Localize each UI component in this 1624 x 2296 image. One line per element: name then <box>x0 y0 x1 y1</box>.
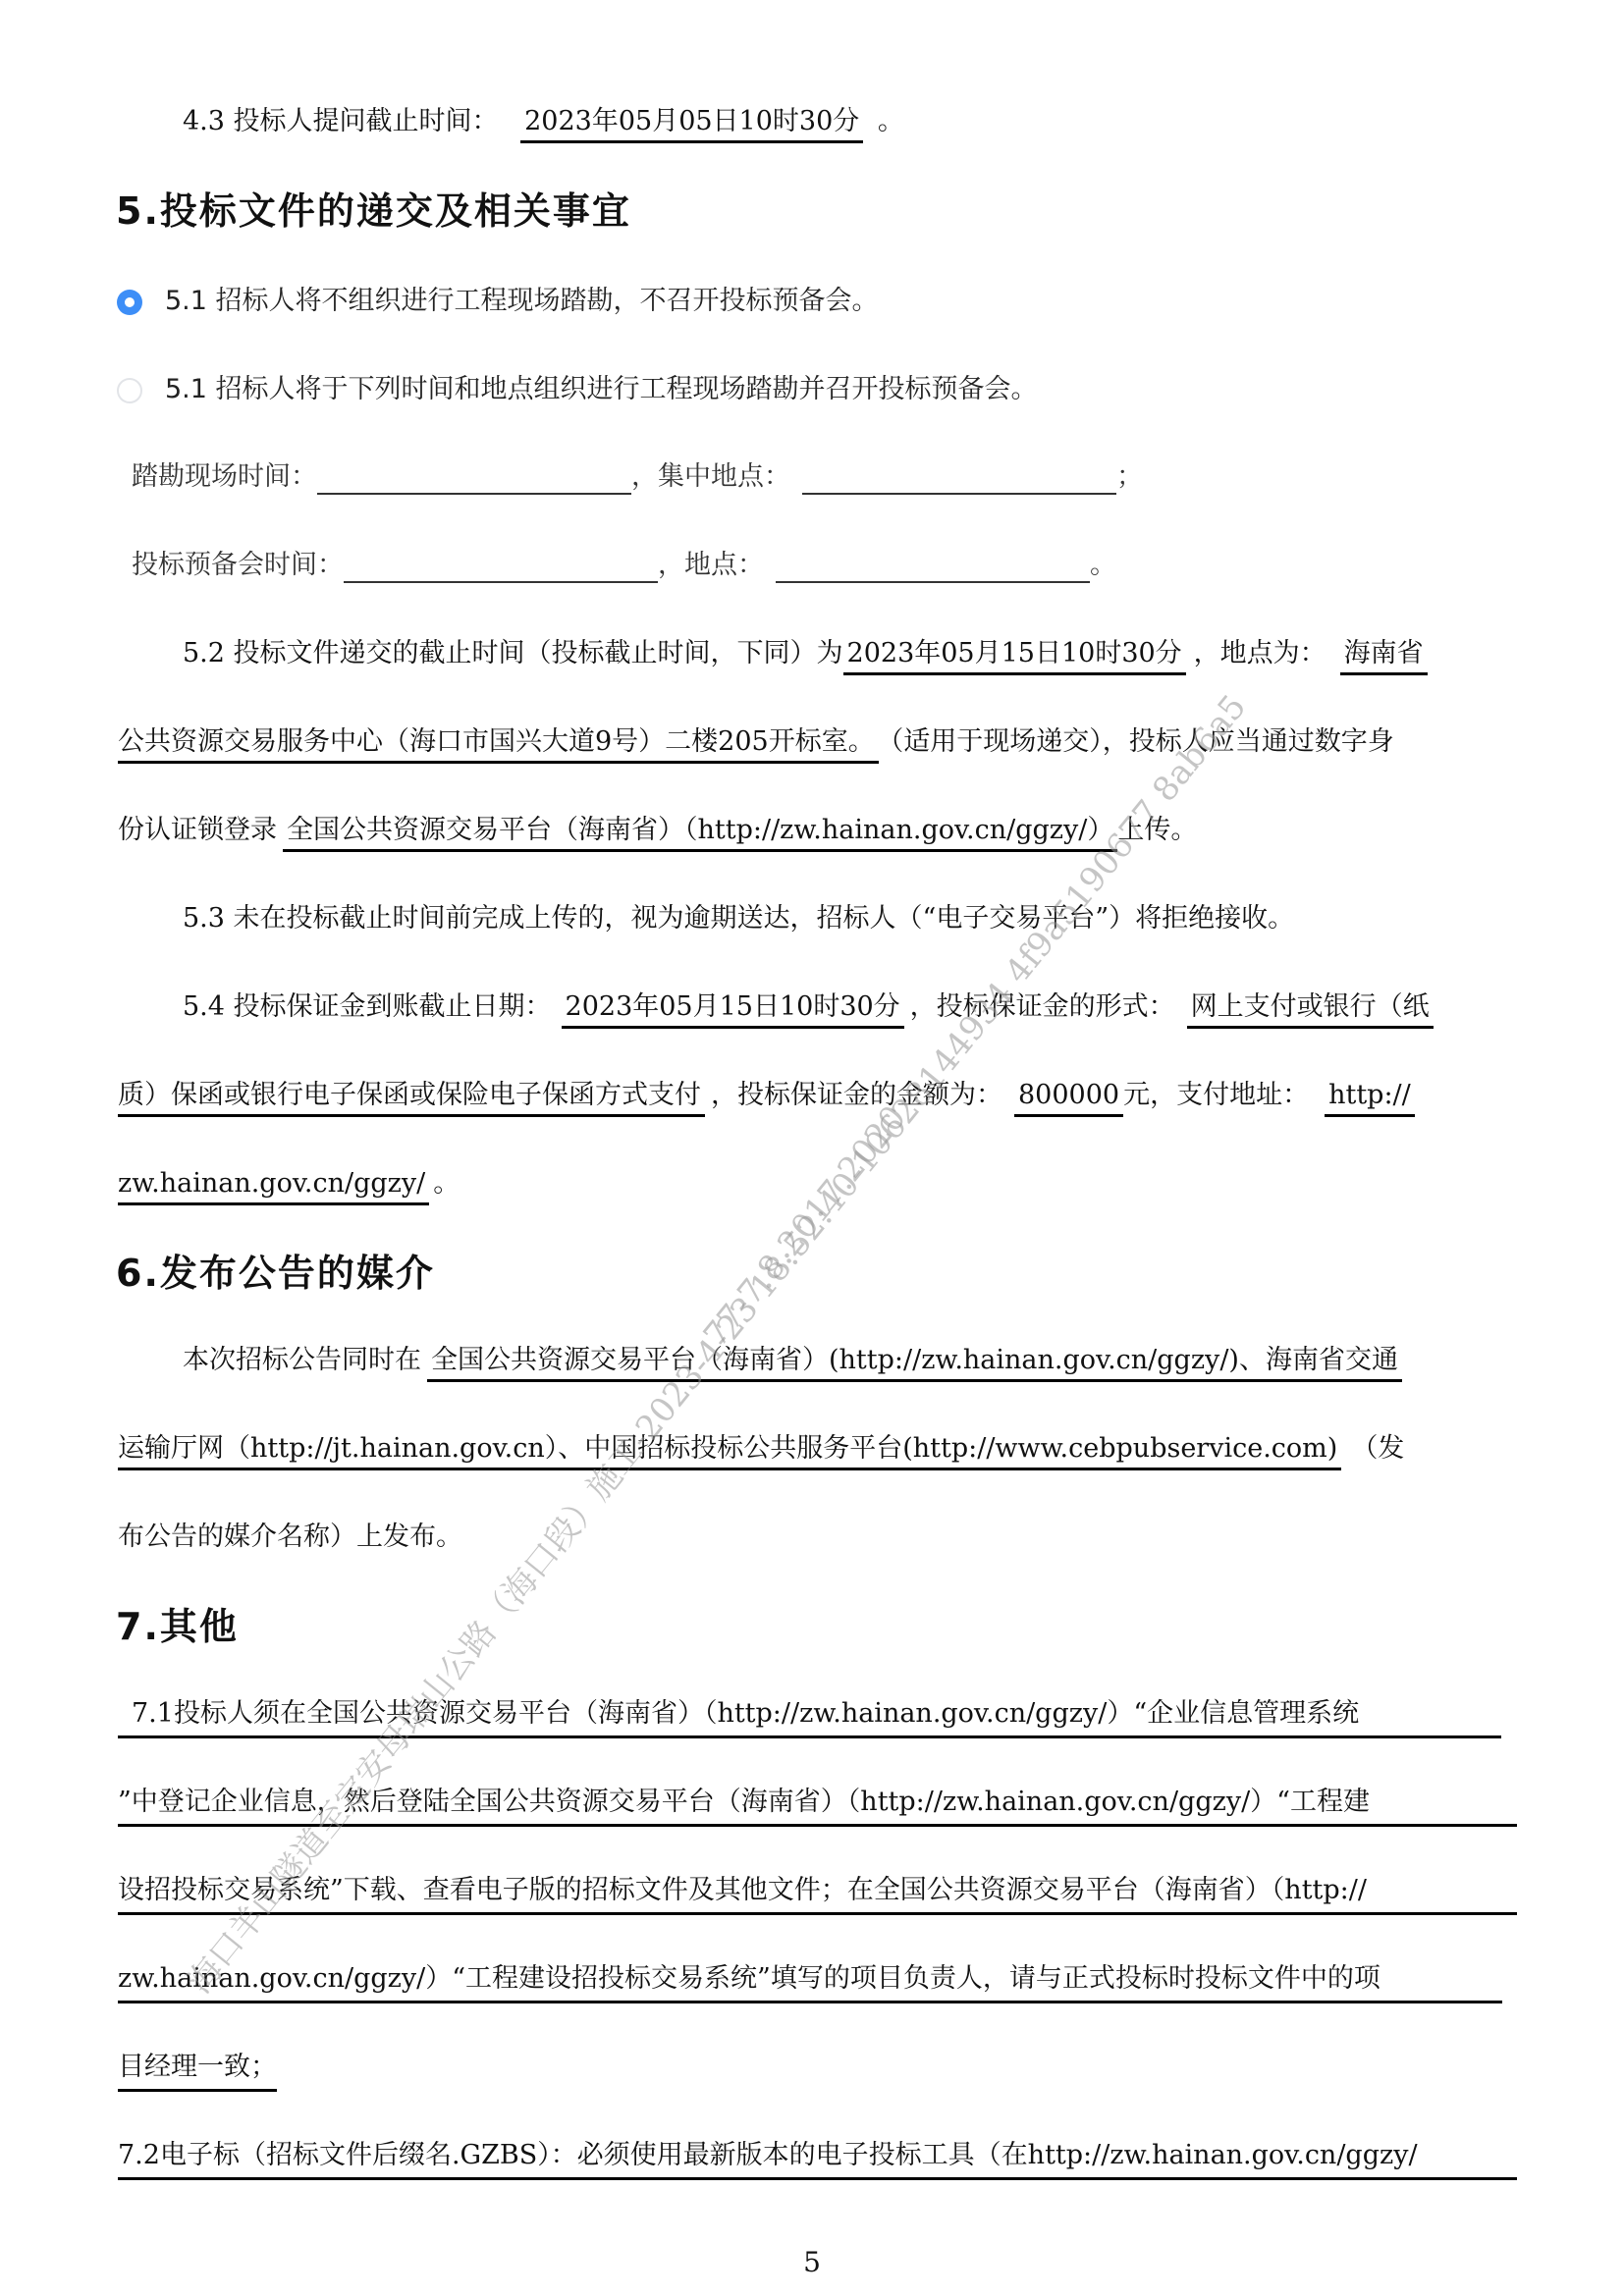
punctuation: 。 <box>1090 550 1116 580</box>
meeting-place-field[interactable] <box>776 554 1090 583</box>
section-6-heading: 6.发布公告的媒介 <box>116 1251 435 1296</box>
radio-site-visit[interactable] <box>117 378 142 403</box>
deposit-form-part2: 质）保函或银行电子保函或保险电子保函方式支付 <box>118 1080 705 1117</box>
p5-4-line3: zw.hainan.gov.cn/ggzy/。 <box>118 1166 460 1201</box>
p5-2-line3-prefix: 份认证锁登录 <box>118 815 277 845</box>
survey-line: 踏勘现场时间：，集中地点：； <box>132 459 1143 495</box>
line-4-3: 4.3 投标人提问截止时间： 2023年05月05日10时30分 。 <box>183 104 904 139</box>
punctuation: ； <box>1116 461 1143 492</box>
p7-1-text: zw.hainan.gov.cn/ggzy/）“工程建设招投标交易系统”填写的项… <box>118 1961 1502 2003</box>
p5-4-line2: 质）保函或银行电子保函或保险电子保函方式支付，投标保证金的金额为：800000元… <box>118 1078 1415 1113</box>
p5-2-line3: 份认证锁登录全国公共资源交易平台（海南省）（http://zw.hainan.g… <box>118 813 1197 848</box>
p5-2-line2: 公共资源交易服务中心（海口市国兴大道9号）二楼205开标室。（适用于现场递交），… <box>118 724 1394 760</box>
p5-2-prefix: 5.2 投标文件递交的截止时间（投标截止时间，下同）为 <box>183 638 843 668</box>
meeting-line: 投标预备会时间：，地点：。 <box>132 548 1116 583</box>
p7-1-line1: 7.1投标人须在全国公共资源交易平台（海南省）（http://zw.hainan… <box>118 1696 1501 1738</box>
deposit-deadline: 2023年05月15日10时30分 <box>562 991 904 1029</box>
radio-no-site-visit[interactable] <box>117 290 142 315</box>
radio-no-site-visit-label[interactable]: 5.1 招标人将不组织进行工程现场踏勘，不召开投标预备会。 <box>165 284 879 319</box>
p5-2-line1: 5.2 投标文件递交的截止时间（投标截止时间，下同）为2023年05月15日10… <box>183 636 1428 671</box>
watermark-line2: 77-7.8.2017.2020 <box>696 1098 914 1355</box>
p5-2-mid: ，地点为： <box>1194 638 1326 668</box>
payment-address-part2[interactable]: zw.hainan.gov.cn/ggzy/ <box>118 1168 429 1205</box>
meeting-place-label: ，地点： <box>658 550 764 580</box>
payment-address-part1[interactable]: http:// <box>1325 1080 1415 1117</box>
p6-line2-suffix: （发 <box>1351 1433 1404 1464</box>
p7-2-line1: 7.2电子标（招标文件后缀名.GZBS）：必须使用最新版本的电子投标工具（在ht… <box>118 2138 1517 2180</box>
media-list-line1: 全国公共资源交易平台（海南省）(http://zw.hainan.gov.cn/… <box>427 1345 1402 1382</box>
section-7-heading: 7.其他 <box>116 1604 239 1649</box>
p5-4-line1: 5.4 投标保证金到账截止日期：2023年05月15日10时30分，投标保证金的… <box>183 989 1434 1025</box>
amount-unit: 元，支付地址： <box>1123 1080 1309 1110</box>
deposit-form-part1: 网上支付或银行（纸 <box>1187 991 1434 1029</box>
deposit-amount: 800000 <box>1014 1080 1123 1117</box>
survey-place-label: ，集中地点： <box>631 461 790 492</box>
p7-1-line4: zw.hainan.gov.cn/ggzy/）“工程建设招投标交易系统”填写的项… <box>118 1961 1502 2003</box>
label-question-deadline: 4.3 投标人提问截止时间： <box>183 106 499 136</box>
p7-1-text: 目经理一致； <box>118 2050 277 2092</box>
survey-time-label: 踏勘现场时间： <box>132 461 317 492</box>
meeting-time-label: 投标预备会时间： <box>132 550 344 580</box>
p6-line1: 本次招标公告同时在全国公共资源交易平台（海南省）(http://zw.haina… <box>183 1343 1402 1378</box>
radio-site-visit-label[interactable]: 5.1 招标人将于下列时间和地点组织进行工程现场踏勘并召开投标预备会。 <box>165 372 1038 407</box>
p6-line2: 运输厅网（http://jt.hainan.gov.cn）、中国招标投标公共服务… <box>118 1431 1404 1467</box>
p7-1-text: 设招投标交易系统”下载、查看电子版的招标文件及其他文件；在全国公共资源交易平台（… <box>118 1873 1517 1915</box>
p6-prefix: 本次招标公告同时在 <box>183 1345 421 1375</box>
p7-1-line3: 设招投标交易系统”下载、查看电子版的招标文件及其他文件；在全国公共资源交易平台（… <box>118 1873 1517 1915</box>
section-5-heading: 5.投标文件的递交及相关事宜 <box>116 188 631 234</box>
page-number: 5 <box>0 2246 1624 2278</box>
submission-place-part2: 公共资源交易服务中心（海口市国兴大道9号）二楼205开标室。 <box>118 726 879 764</box>
question-deadline-value: 2023年05月05日10时30分 <box>520 106 863 143</box>
p5-2-after-place: （适用于现场递交），投标人应当通过数字身 <box>891 726 1394 757</box>
p7-1-line5: 目经理一致； <box>118 2050 277 2092</box>
p5-2-suffix: 上传。 <box>1117 815 1197 845</box>
p6-line3: 布公告的媒介名称）上发布。 <box>118 1520 462 1555</box>
p7-2-text: 7.2电子标（招标文件后缀名.GZBS）：必须使用最新版本的电子投标工具（在ht… <box>118 2138 1517 2180</box>
survey-time-field[interactable] <box>317 465 631 495</box>
platform-link[interactable]: 全国公共资源交易平台（海南省）（http://zw.hainan.gov.cn/… <box>283 815 1117 852</box>
p7-1-text: 7.1投标人须在全国公共资源交易平台（海南省）（http://zw.hainan… <box>118 1696 1501 1738</box>
p5-4-mid: ，投标保证金的形式： <box>910 991 1175 1022</box>
line-end: 。 <box>433 1168 460 1199</box>
media-list-line2: 运输厅网（http://jt.hainan.gov.cn）、中国招标投标公共服务… <box>118 1433 1341 1470</box>
p7-1-text: ”中登记企业信息，然后登陆全国公共资源交易平台（海南省）（http://zw.h… <box>118 1785 1517 1827</box>
amount-label: ，投标保证金的金额为： <box>711 1080 1002 1110</box>
submission-place-part1: 海南省 <box>1340 638 1428 675</box>
p5-4-prefix: 5.4 投标保证金到账截止日期： <box>183 991 552 1022</box>
p5-3: 5.3 未在投标截止时间前完成上传的，视为逾期送达，招标人（“电子交易平台”）将… <box>183 901 1294 936</box>
survey-place-field[interactable] <box>802 465 1116 495</box>
meeting-time-field[interactable] <box>344 554 658 583</box>
line-end: 。 <box>878 106 904 136</box>
submission-deadline: 2023年05月15日10时30分 <box>843 638 1186 675</box>
p7-1-line2: ”中登记企业信息，然后登陆全国公共资源交易平台（海南省）（http://zw.h… <box>118 1785 1517 1827</box>
